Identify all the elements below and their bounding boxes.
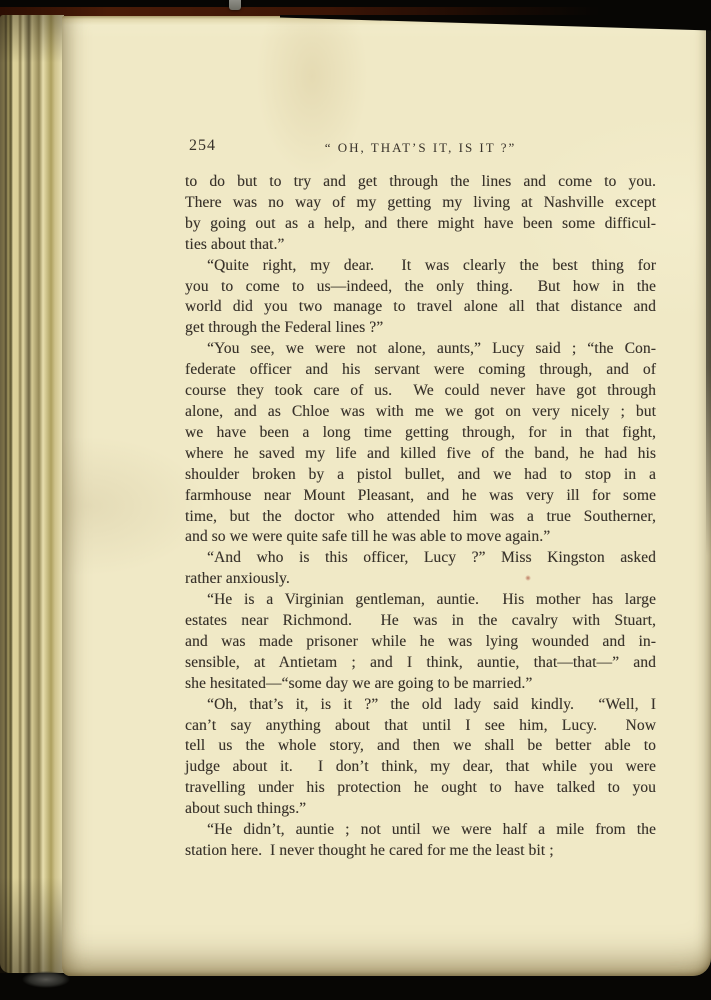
- text-line: rather anxiously.: [185, 569, 656, 590]
- page-number: 254: [189, 137, 216, 155]
- text-line: by going out as a help, and there might …: [185, 214, 656, 235]
- scanner-tab: [229, 0, 241, 10]
- text-line: station here. I never thought he cared f…: [185, 841, 656, 862]
- text-line: we have been a long time getting through…: [185, 423, 656, 444]
- book-page: 254 “ OH, THAT’S IT, IS IT ?” to do but …: [62, 16, 711, 976]
- text-line: and so we were quite safe till he was ab…: [185, 527, 656, 548]
- text-line: tell us the whole story, and then we sha…: [185, 736, 656, 757]
- text-line: course they took care of us. We could ne…: [185, 381, 656, 402]
- text-line: alone, and as Chloe was with me we got o…: [185, 402, 656, 423]
- book-foot-shadow: [22, 971, 70, 988]
- text-line: ties about that.”: [185, 235, 656, 256]
- text-line: judge about it. I don’t think, my dear, …: [185, 757, 656, 778]
- text-line: “Quite right, my dear. It was clearly th…: [185, 256, 656, 277]
- text-line: federate officer and his servant were co…: [185, 360, 656, 381]
- page-header: 254 “ OH, THAT’S IT, IS IT ?”: [185, 137, 656, 156]
- text-line: “Oh, that’s it, is it ?” the old lady sa…: [185, 695, 656, 716]
- text-line: and was made prisoner while he was lying…: [185, 632, 656, 653]
- body-text: to do but to try and get through the lin…: [185, 172, 656, 862]
- book-scan: 254 “ OH, THAT’S IT, IS IT ?” to do but …: [0, 0, 711, 1000]
- text-line: “He is a Virginian gentleman, auntie. Hi…: [185, 590, 656, 611]
- text-line: time, but the doctor who attended him wa…: [185, 507, 656, 528]
- page-right-shadow: [706, 16, 711, 556]
- text-line: estates near Richmond. He was in the cav…: [185, 611, 656, 632]
- text-line: to do but to try and get through the lin…: [185, 172, 656, 193]
- text-line: shoulder broken by a pistol bullet, and …: [185, 465, 656, 486]
- text-line: get through the Federal lines ?”: [185, 318, 656, 339]
- text-line: sensible, at Antietam ; and I think, aun…: [185, 653, 656, 674]
- text-line: you to come to us—indeed, the only thing…: [185, 277, 656, 298]
- text-line: where he saved my life and killed five o…: [185, 444, 656, 465]
- text-line: farmhouse near Mount Pleasant, and he wa…: [185, 486, 656, 507]
- text-line: “You see, we were not alone, aunts,” Luc…: [185, 339, 656, 360]
- text-line: There was no way of my getting my living…: [185, 193, 656, 214]
- text-line: can’t say anything about that until I se…: [185, 716, 656, 737]
- text-line: she hesitated—“some day we are going to …: [185, 674, 656, 695]
- text-line: about such things.”: [185, 799, 656, 820]
- running-header: “ OH, THAT’S IT, IS IT ?”: [185, 137, 656, 156]
- text-line: “And who is this officer, Lucy ?” Miss K…: [185, 548, 656, 569]
- text-line: travelling under his protection he ought…: [185, 778, 656, 799]
- page-edges-stack: [0, 15, 64, 973]
- text-line: world did you two manage to travel alone…: [185, 297, 656, 318]
- text-line: “He didn’t, auntie ; not until we were h…: [185, 820, 656, 841]
